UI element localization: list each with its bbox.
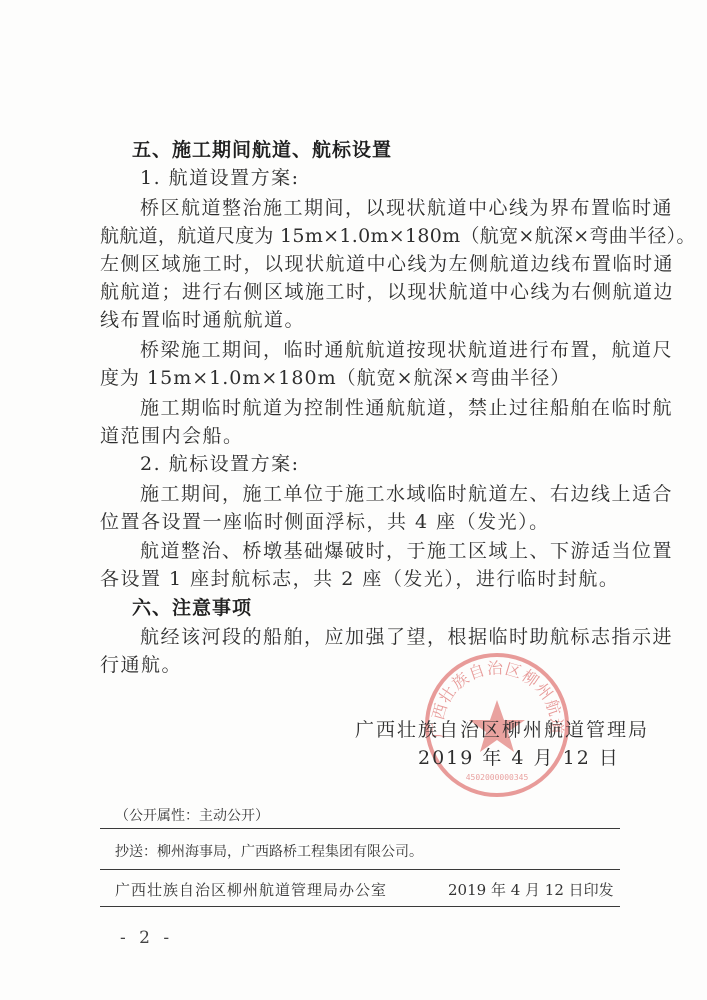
- paragraph-line: 行通航。: [100, 653, 182, 677]
- paragraph-line: 桥区航道整治施工期间，以现状航道中心线为界布置临时通: [140, 196, 673, 220]
- cc-recipients: 抄送：柳州海事局，广西路桥工程集团有限公司。: [115, 842, 423, 862]
- paragraph-line: 施工期间，施工单位于施工水域临时航道左、右边线上适合: [140, 482, 673, 506]
- issue-date: 2019 年 4 月 12 日印发: [448, 880, 614, 900]
- signing-organization: 广西壮族自治区柳州航道管理局: [355, 718, 649, 742]
- divider: [100, 906, 620, 907]
- page-number: - 2 -: [120, 928, 173, 948]
- divider: [100, 828, 620, 829]
- section-6-heading: 六、注意事项: [132, 596, 252, 620]
- signing-date: 2019 年 4 月 12 日: [418, 746, 620, 770]
- divider: [100, 869, 620, 870]
- paragraph-line: 左侧区域施工时，以现状航道中心线为左侧航道边线布置临时通: [100, 252, 674, 276]
- paragraph-line: 道范围内会船。: [100, 424, 244, 448]
- paragraph-line: 航道整治、桥墩基础爆破时，于施工区域上、下游适当位置: [140, 539, 673, 563]
- paragraph-line: 度为 15m×1.0m×180m（航宽×航深×弯曲半径）: [100, 366, 570, 390]
- subsection-1-title: 1. 航道设置方案:: [140, 166, 300, 190]
- paragraph-line: 航航道，航道尺度为 15m×1.0m×180m（航宽×航深×弯曲半径）。: [100, 224, 696, 248]
- paragraph-line: 施工期临时航道为控制性通航航道，禁止过往船舶在临时航: [140, 396, 673, 420]
- paragraph-line: 航经该河段的船舶，应加强了望，根据临时助航标志指示进: [140, 625, 673, 649]
- paragraph-line: 航航道；进行右侧区域施工时，以现状航道中心线为右侧航道边: [100, 280, 674, 304]
- disclosure-attribute: （公开属性：主动公开）: [115, 806, 269, 826]
- document-page: 五、施工期间航道、航标设置 1. 航道设置方案: 桥区航道整治施工期间，以现状航…: [0, 0, 707, 1000]
- svg-text:4502000000345: 4502000000345: [466, 773, 529, 782]
- paragraph-line: 各设置 1 座封航标志，共 2 座（发光），进行临时封航。: [100, 567, 619, 591]
- paragraph-line: 桥梁施工期间，临时通航航道按现状航道进行布置，航道尺: [140, 338, 673, 362]
- paragraph-line: 线布置临时通航航道。: [100, 308, 305, 332]
- paragraph-line: 位置各设置一座临时侧面浮标，共 4 座（发光）。: [100, 510, 550, 534]
- section-5-heading: 五、施工期间航道、航标设置: [132, 138, 392, 162]
- issuing-office: 广西壮族自治区柳州航道管理局办公室: [115, 880, 387, 900]
- subsection-2-title: 2. 航标设置方案:: [140, 452, 300, 476]
